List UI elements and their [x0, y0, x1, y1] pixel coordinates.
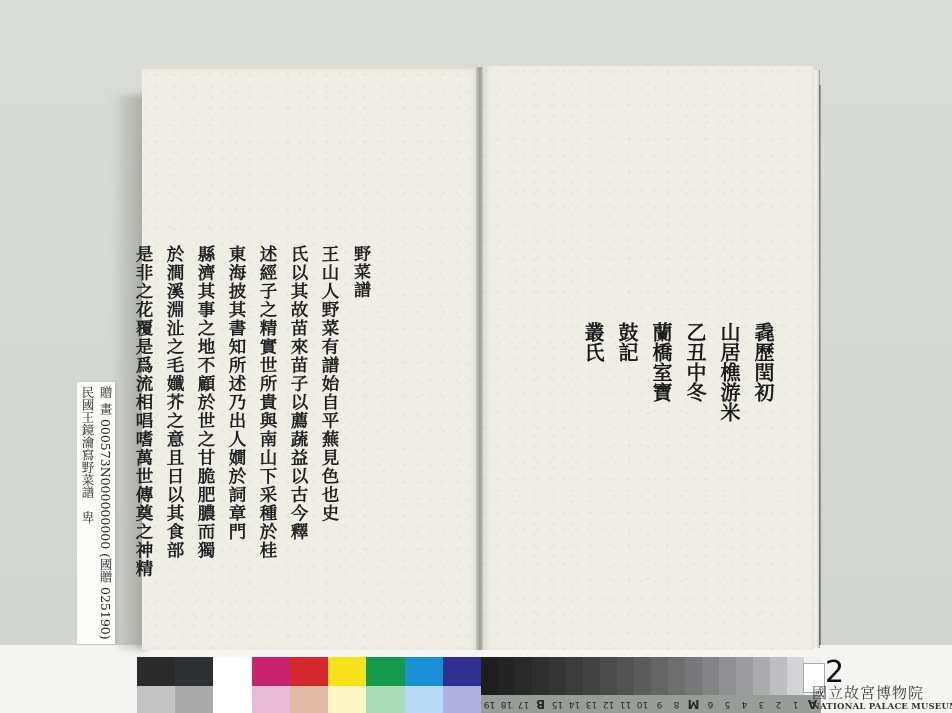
preface-column: 述經子之精實世所貴與南山下采種於桂 [254, 245, 280, 591]
gray-step-label: 9 [651, 695, 668, 713]
gray-step [685, 657, 702, 695]
gray-step [668, 657, 685, 695]
gray-scale-chart: 191817B15141312111098M654321A [481, 657, 821, 713]
catalog-label: 贈 畫 000573N000000000 (國贈 025190) 民國王鏡瀹寫野… [77, 382, 115, 644]
color-swatch [405, 686, 443, 713]
color-calibration-chart [137, 657, 481, 713]
color-swatch [405, 657, 443, 686]
color-swatch [175, 657, 213, 686]
gray-step [634, 657, 651, 695]
inscription-column: 山居樵游米 [717, 322, 741, 422]
color-swatch [290, 686, 328, 713]
gray-step-label: 1 [787, 695, 804, 713]
gray-step-label: 8 [668, 695, 685, 713]
page-edge-shadow [819, 85, 821, 645]
color-swatch [252, 686, 290, 713]
color-swatch [175, 686, 213, 713]
seal-script-inscription: 毳歷閏初 山居樵游米 乙丑中冬 蘭橋室寶 鼓記 叢氏 [607, 322, 775, 422]
gray-step-label: 15 [549, 695, 566, 713]
gray-step [549, 657, 566, 695]
gray-step [481, 657, 498, 695]
gray-steps [481, 657, 821, 695]
gray-step-label: 4 [736, 695, 753, 713]
color-swatch [366, 657, 404, 686]
color-swatch [443, 657, 481, 686]
gray-step [600, 657, 617, 695]
color-swatch [213, 657, 251, 686]
color-swatch [213, 686, 251, 713]
color-swatch [328, 686, 366, 713]
inscription-column: 毳歷閏初 [751, 322, 775, 422]
gray-step-labels: 191817B15141312111098M654321A [481, 695, 821, 713]
gray-step [702, 657, 719, 695]
preface-title: 野菜譜 [347, 245, 373, 591]
gray-step-label: M [685, 695, 702, 713]
gray-step-label: 11 [617, 695, 634, 713]
preface-column: 氏以其故苗來苗子以薦蔬益以古今釋 [285, 245, 311, 591]
inscription-column: 乙丑中冬 [683, 322, 707, 422]
gray-step-label: 14 [566, 695, 583, 713]
inscription-column: 鼓記 [615, 322, 639, 422]
gray-step-label: 2 [770, 695, 787, 713]
gray-step-label: B [532, 695, 549, 713]
preface-column: 東海披其書知所述乃出人嫺於詞章門 [223, 245, 249, 591]
preface-column: 是非之花覆是爲流相唱嗜萬世傳奠之神精 [130, 245, 156, 591]
gray-step [753, 657, 770, 695]
gray-step [498, 657, 515, 695]
gray-step [583, 657, 600, 695]
gray-step-label: 12 [600, 695, 617, 713]
color-swatch [290, 657, 328, 686]
museum-name-english: NATIONAL PALACE MUSEUM [812, 701, 952, 713]
inscription-column: 叢氏 [581, 322, 605, 422]
gray-step [515, 657, 532, 695]
color-swatch [137, 657, 175, 686]
color-swatch [328, 657, 366, 686]
gray-step-label: 6 [702, 695, 719, 713]
gray-step-label: 19 [481, 695, 498, 713]
gray-step-label: 3 [753, 695, 770, 713]
gray-step [770, 657, 787, 695]
gray-step [566, 657, 583, 695]
gray-step-label: 18 [498, 695, 515, 713]
gray-step-label: 10 [634, 695, 651, 713]
gray-step [736, 657, 753, 695]
gray-step [651, 657, 668, 695]
catalog-number: 贈 畫 000573N000000000 (國贈 025190) [97, 386, 113, 644]
color-swatch [366, 686, 404, 713]
gray-step-label: 5 [719, 695, 736, 713]
gray-step-label: 17 [515, 695, 532, 713]
catalog-title: 民國王鏡瀹寫野菜譜 卑 [79, 386, 95, 644]
inscription-column: 蘭橋室寶 [649, 322, 673, 422]
color-swatch [443, 686, 481, 713]
museum-name-chinese: 國立故宮博物院 [812, 683, 952, 703]
preface-column: 縣濟其事之地不顧於世之甘脆肥膿而獨 [192, 245, 218, 591]
gray-step [719, 657, 736, 695]
preface-column: 王山人野菜有譜始自平蕪見色也史 [316, 245, 342, 591]
color-swatch [137, 686, 175, 713]
gray-step [532, 657, 549, 695]
gray-step [617, 657, 634, 695]
cursive-preface: 野菜譜 王山人野菜有譜始自平蕪見色也史 氏以其故苗來苗子以薦蔬益以古今釋 述經子… [158, 245, 373, 590]
gray-step [787, 657, 804, 695]
gray-step-label: 13 [583, 695, 600, 713]
preface-column: 於澗溪淵沚之毛孅芥之意且日以其食部 [161, 245, 187, 591]
color-swatch [252, 657, 290, 686]
